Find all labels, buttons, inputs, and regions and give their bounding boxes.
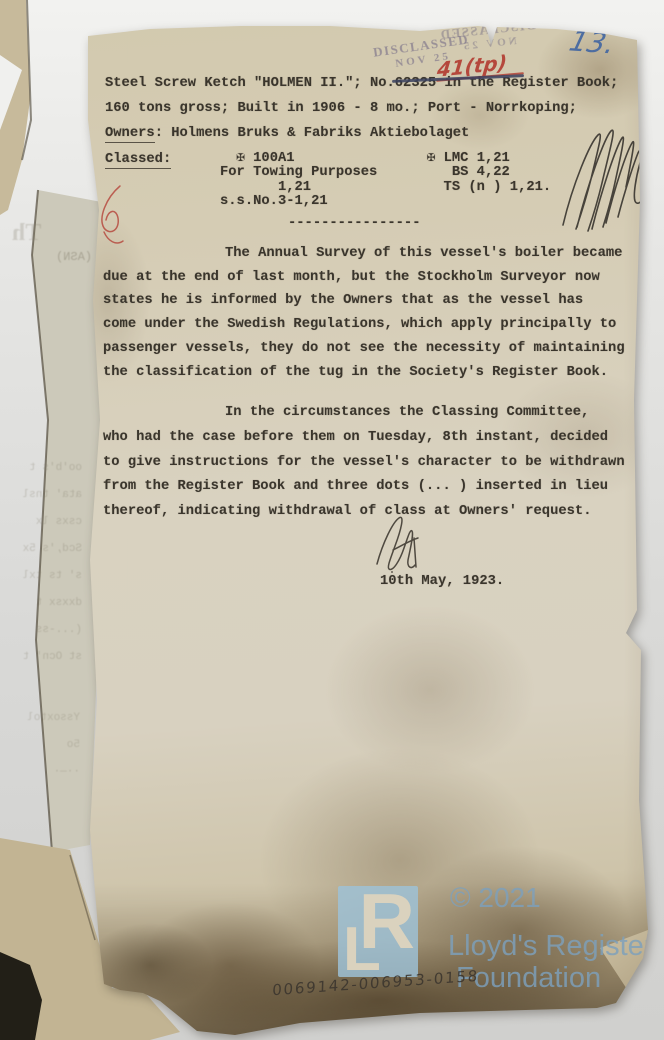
logo-letter-r: R: [359, 886, 415, 967]
vessel-details-line: 160 tons gross; Built in 1906 - 8 mo.; P…: [105, 101, 577, 116]
folio-number: 13.: [566, 25, 619, 61]
scanned-document: Th (ASN) oo'b's t ata' tnsl csxs lx Scd,…: [0, 0, 664, 1040]
paragraph-committee-decision: In the circumstances the Classing Commit…: [103, 401, 648, 525]
initials-signature: [365, 512, 427, 574]
vessel-title-line: Steel Screw Ketch "HOLMEN II."; No.62325…: [105, 76, 618, 91]
owners-label: Owners: [105, 126, 155, 143]
paragraph-annual-survey: The Annual Survey of this vessel's boile…: [103, 242, 648, 384]
surveyor-signature: [548, 105, 643, 250]
owners-line: Owners: Holmens Bruks & Fabriks Aktiebol…: [105, 126, 469, 141]
paper-sheet: DISCLASSED NOV 25 DISCLASSED NOV 25 41(t…: [0, 0, 664, 1040]
lloyds-register-logo: L R: [338, 886, 418, 977]
watermark-copyright: © 2021: [450, 882, 541, 914]
classed-label: Classed:: [105, 152, 171, 169]
red-pen-mark: [90, 180, 138, 252]
date-line: 10th May, 1923.: [380, 574, 504, 589]
class-notation-column-left: ✠ 100A1 For Towing Purposes 1,21 s.s.No.…: [220, 152, 377, 210]
page-wrapper: DISCLASSED NOV 25 DISCLASSED NOV 25 41(t…: [0, 0, 664, 1040]
dashed-separator: ----------------: [288, 216, 420, 231]
classed-label-line: Classed:: [105, 152, 171, 167]
watermark-name: Lloyd's Register: [448, 930, 653, 963]
owners-value: : Holmens Bruks & Fabriks Aktiebolaget: [155, 126, 470, 141]
class-notation-column-right: ✠ LMC 1,21 BS 4,22 TS (n ) 1,21.: [427, 152, 551, 195]
